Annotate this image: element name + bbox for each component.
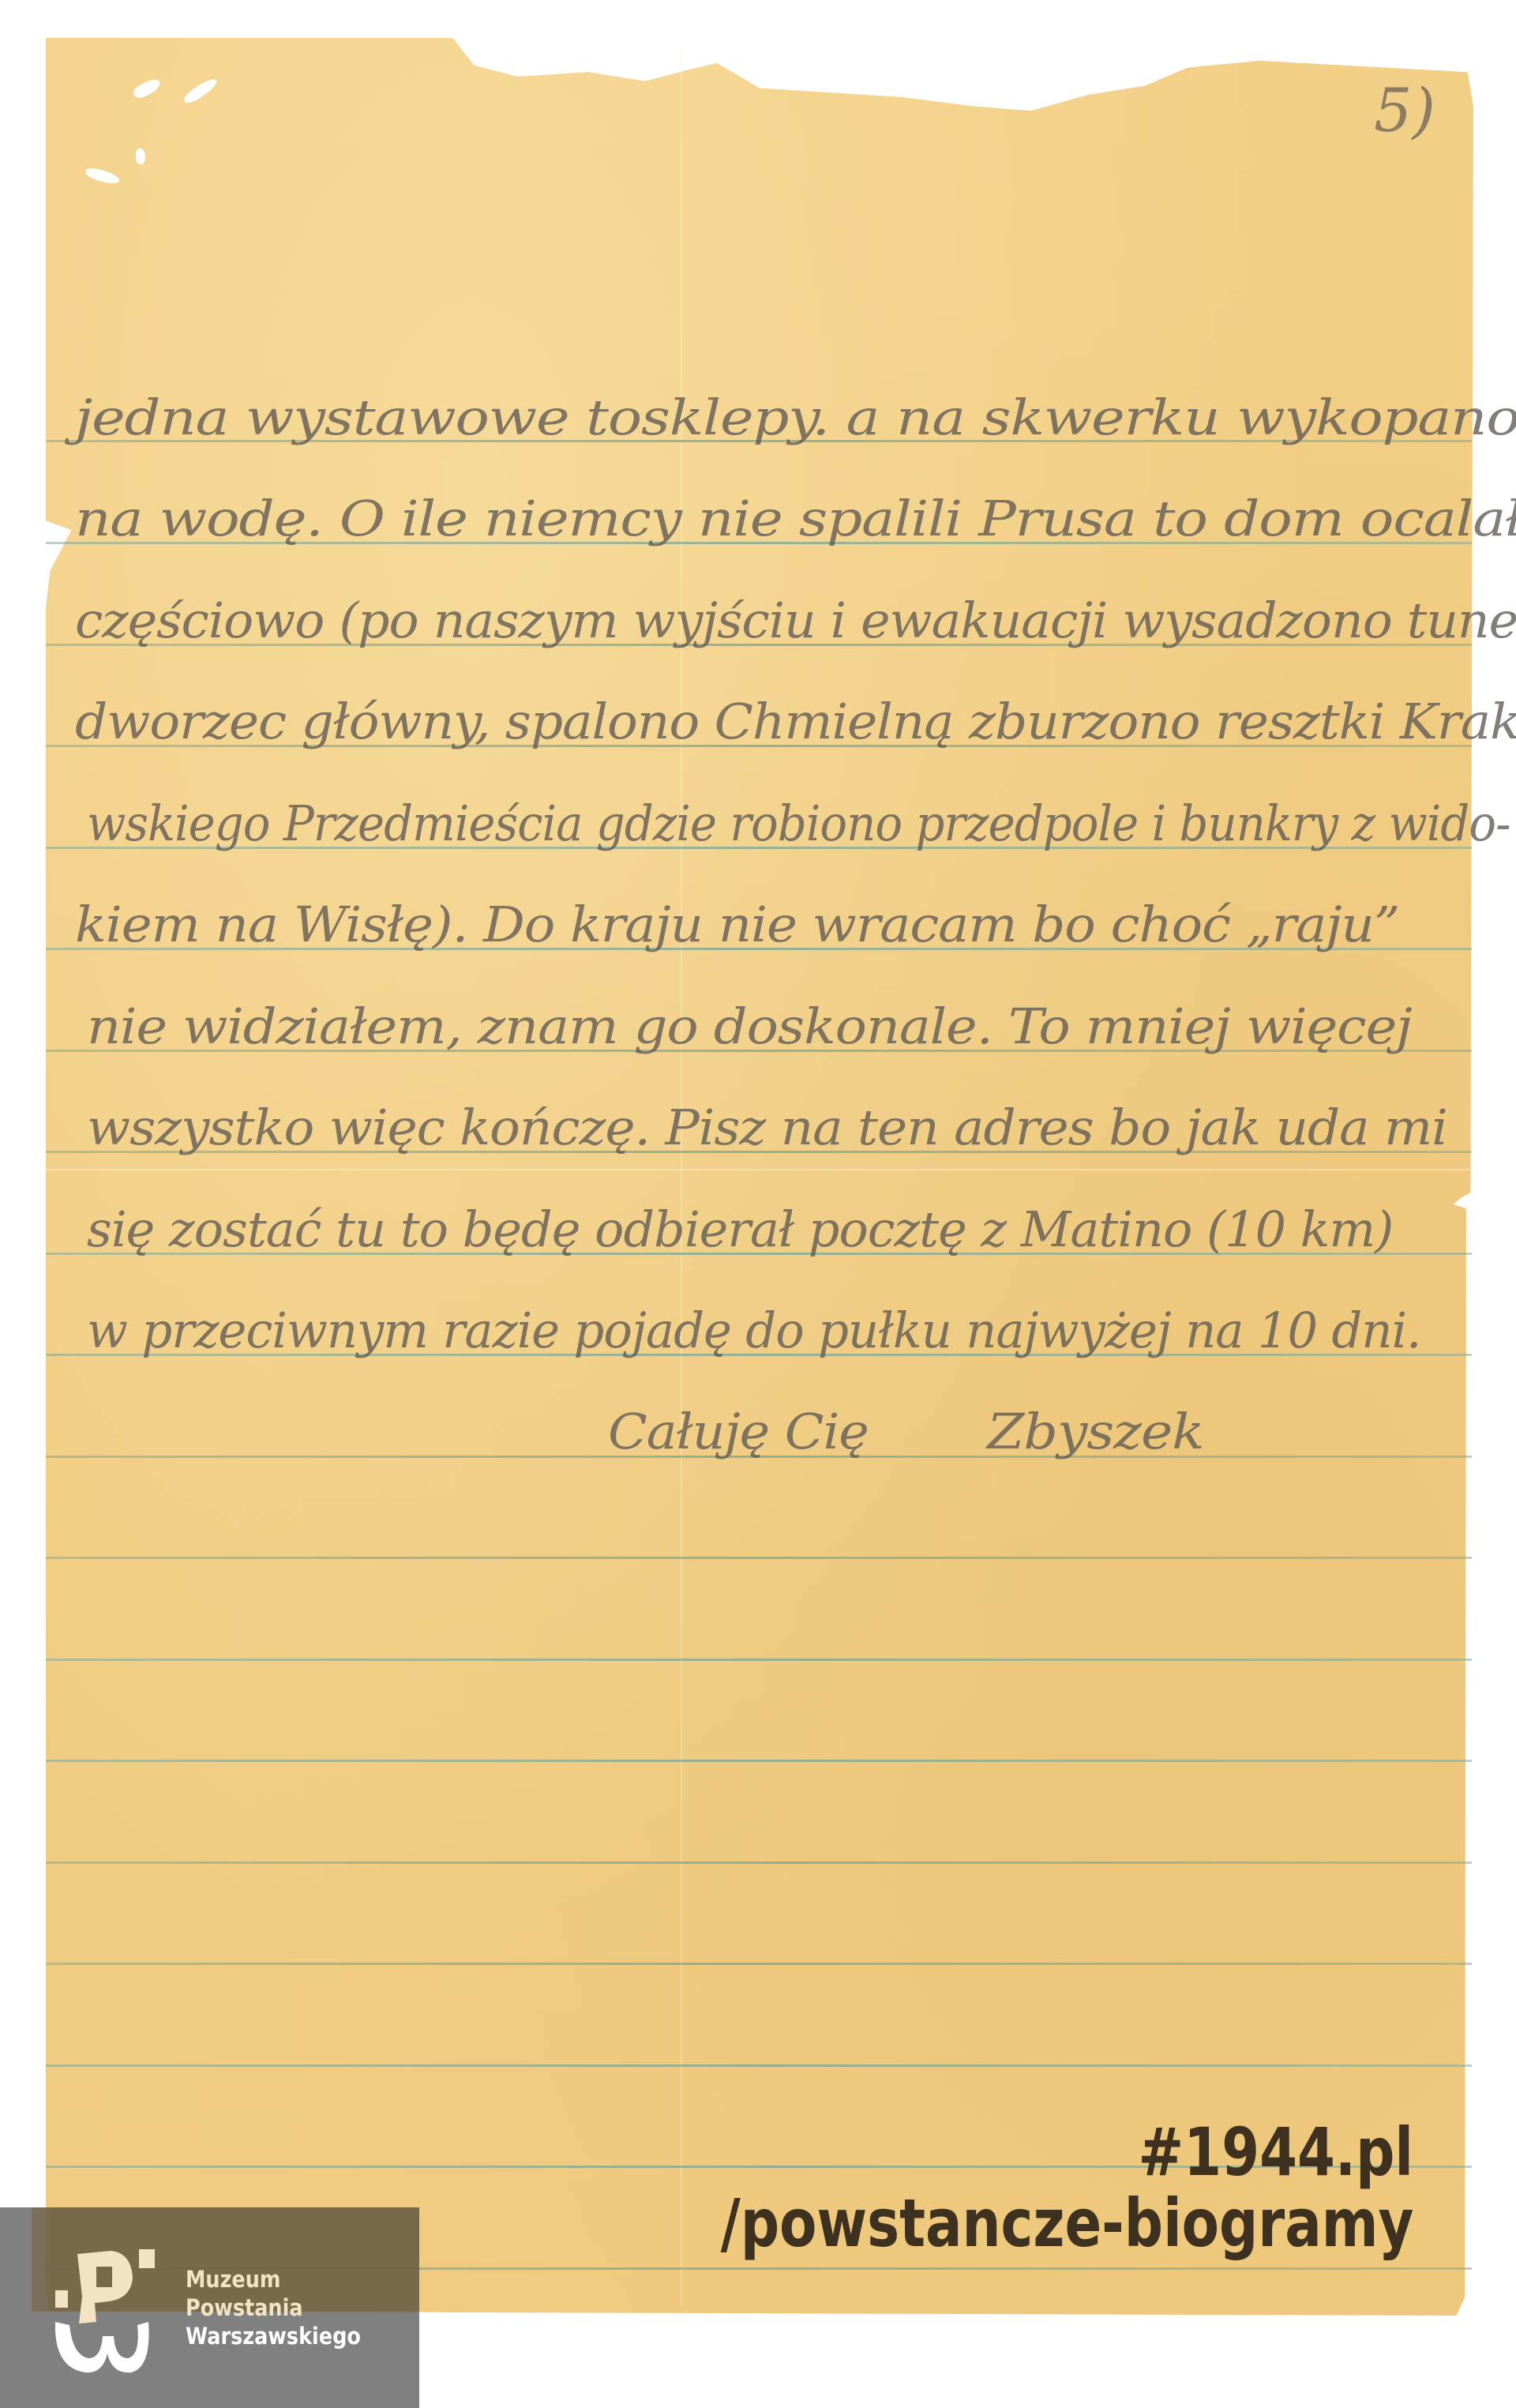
letter-line: jedna wystawowe tosklepy. a na skwerku w… <box>75 390 1516 445</box>
ruled-line <box>46 1557 1472 1559</box>
page-number: 5) <box>1374 75 1435 145</box>
letter-line: się zostać tu to będę odbierał pocztę z … <box>87 1202 1477 1257</box>
vertical-fold-crease <box>681 47 682 2306</box>
museum-name-line: Powstania <box>186 2293 361 2322</box>
document-scan: 5) jedna wystawowe tosklepy. a na skwerk… <box>0 0 1516 2408</box>
letter-line: częściowo (po naszym wyjściu i ewakuacji… <box>75 593 1492 648</box>
letter-line: w przeciwnym razie pojadę do pułku najwy… <box>87 1303 1449 1358</box>
letter-line: wszystko więc kończę. Pisz na ten adres … <box>87 1100 1516 1155</box>
museum-name-line: Muzeum <box>186 2265 361 2293</box>
letter-line: dworzec główny, spalono Chmielną zburzon… <box>75 694 1516 749</box>
letter-signature: Zbyszek <box>987 1404 1334 1459</box>
letter-line: kiem na Wisłę). Do kraju nie wracam bo c… <box>75 897 1516 952</box>
horizontal-fold-crease <box>46 1169 1473 1170</box>
ruled-line <box>46 1861 1472 1864</box>
kotwica-anchor-icon <box>55 2249 162 2376</box>
letter-line: nie widziałem, znam go doskonale. To mni… <box>87 999 1516 1054</box>
letter-line: wskiego Przedmieścia gdzie robiono przed… <box>87 796 1379 851</box>
torn-hole <box>136 148 145 164</box>
ruled-line <box>46 1963 1472 1965</box>
ruled-line <box>46 2064 1472 2067</box>
watermark-hashtag: #1944.pl <box>1138 2117 1413 2188</box>
paper-sheet <box>46 38 1473 2316</box>
museum-name-line: Warszawskiego <box>186 2322 361 2350</box>
watermark-path: /powstancze-biogramy <box>720 2188 1413 2259</box>
museum-name: Muzeum Powstania Warszawskiego <box>186 2265 361 2350</box>
letter-closing: Całuję Cię <box>608 1404 940 1459</box>
letter-line: na wodę. O ile niemcy nie spalili Prusa … <box>75 491 1516 547</box>
ruled-line <box>46 1760 1472 1762</box>
ruled-line <box>46 1659 1472 1661</box>
